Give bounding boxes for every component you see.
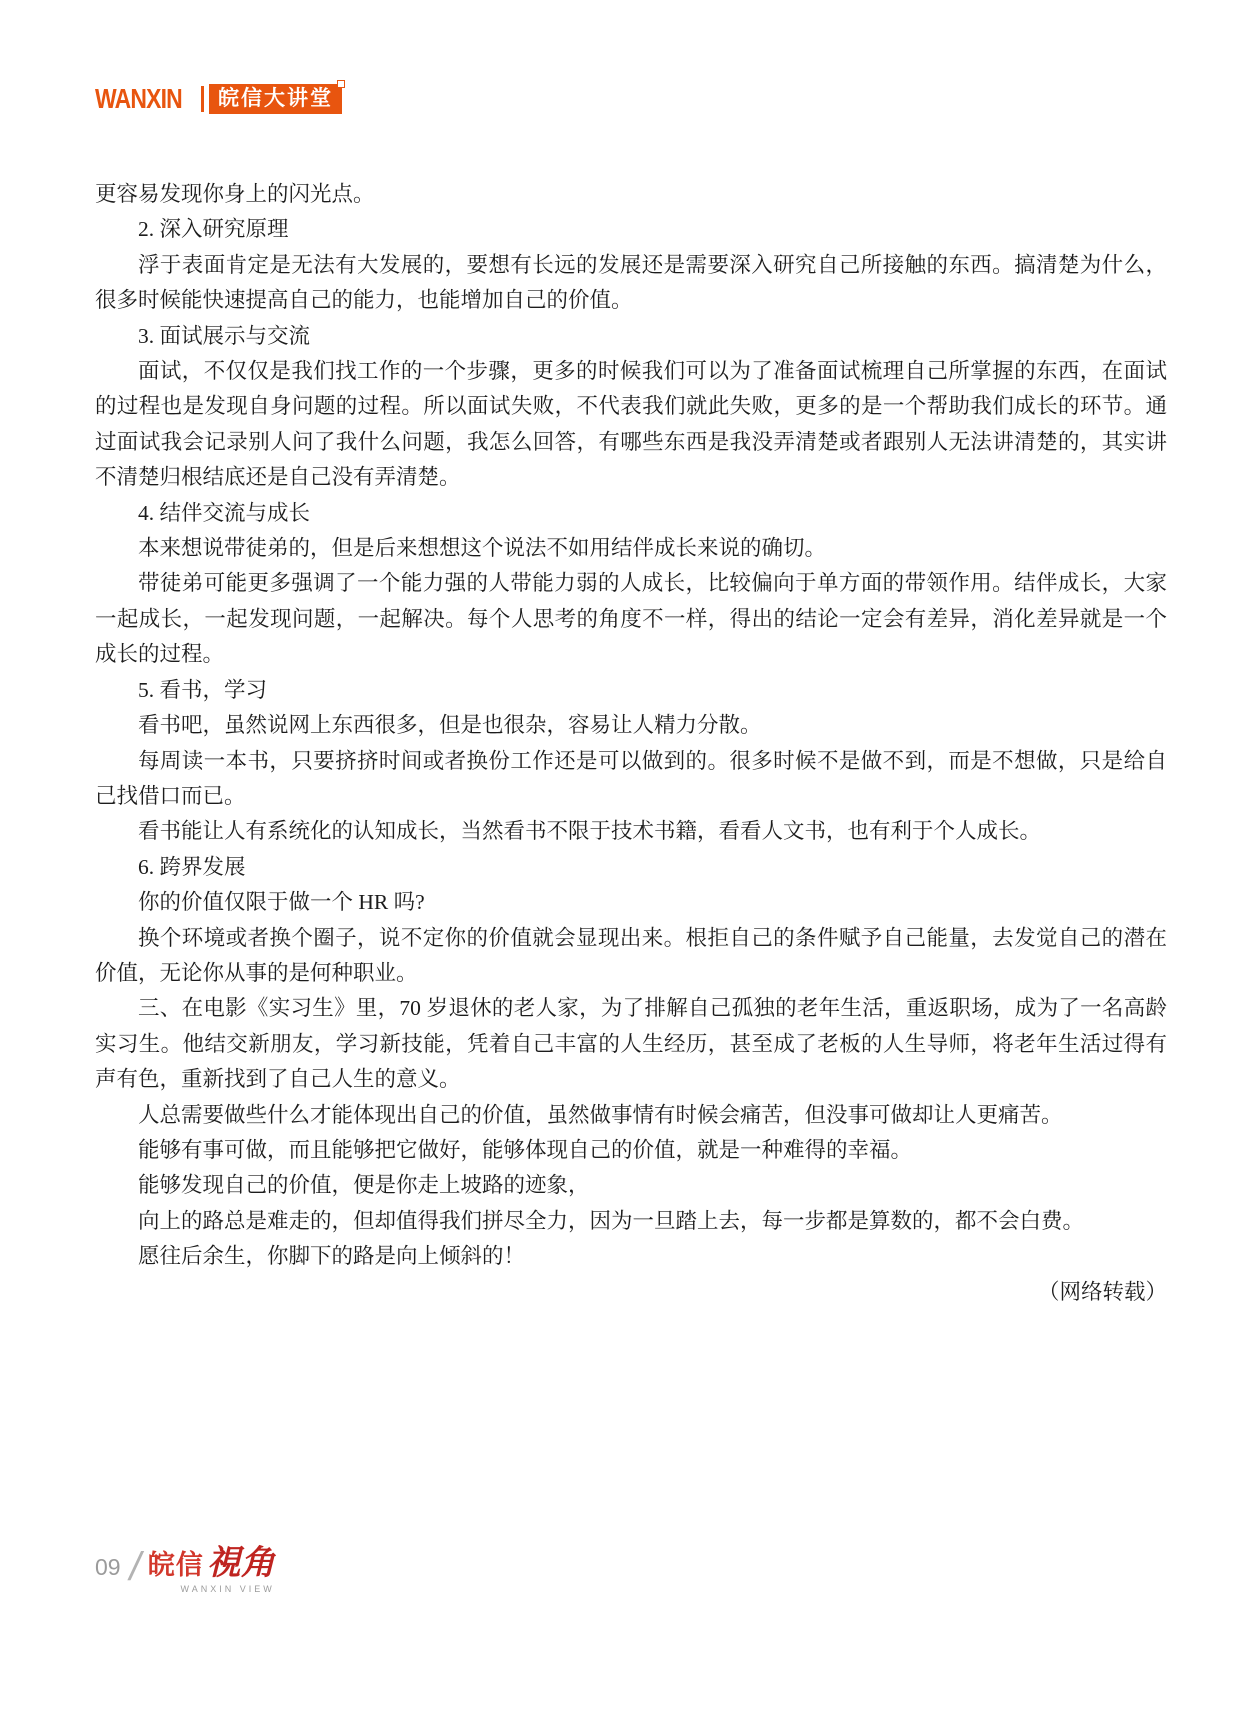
logo-divider bbox=[201, 86, 204, 112]
paragraph: 带徒弟可能更多强调了一个能力强的人带能力弱的人成长，比较偏向于单方面的带领作用。… bbox=[95, 566, 1167, 672]
paragraph: 你的价值仅限于做一个 HR 吗? bbox=[95, 885, 1167, 920]
banner-badge: 皖信大讲堂 bbox=[209, 84, 342, 114]
footer-logo-cn-part2: 視角 bbox=[207, 1546, 275, 1582]
brand-wordmark: WANXIN bbox=[95, 84, 182, 114]
paragraph: 看书能让人有系统化的认知成长，当然看书不限于技术书籍，看看人文书，也有利于个人成… bbox=[95, 814, 1167, 849]
credit-line: （网络转载） bbox=[95, 1275, 1167, 1310]
paragraph: 人总需要做些什么才能体现出自己的价值，虽然做事情有时候会痛苦，但没事可做却让人更… bbox=[95, 1098, 1167, 1133]
paragraph: 能够有事可做，而且能够把它做好，能够体现自己的价值，就是一种难得的幸福。 bbox=[95, 1133, 1167, 1168]
wanxin-header-logo: WANXIN 皖信大讲堂 bbox=[95, 84, 342, 114]
paragraph: 换个环境或者换个圈子，说不定你的价值就会显现出来。根拒自己的条件赋予自己能量，去… bbox=[95, 921, 1167, 992]
banner-badge-label: 皖信大讲堂 bbox=[218, 87, 333, 110]
paragraph: 看书吧，虽然说网上东西很多，但是也很杂，容易让人精力分散。 bbox=[95, 708, 1167, 743]
section-heading: 5. 看书，学习 bbox=[95, 673, 1167, 708]
section-heading: 2. 深入研究原理 bbox=[95, 212, 1167, 247]
paragraph: 浮于表面肯定是无法有大发展的，要想有长远的发展还是需要深入研究自己所接触的东西。… bbox=[95, 248, 1167, 319]
section-heading: 4. 结伴交流与成长 bbox=[95, 496, 1167, 531]
paragraph: 三、在电影《实习生》里，70 岁退休的老人家，为了排解自己孤独的老年生活，重返职… bbox=[95, 991, 1167, 1097]
page-footer: 09 / 皖信 視角 WANXIN VIEW bbox=[95, 1546, 275, 1594]
article-body: 更容易发现你身上的闪光点。 2. 深入研究原理 浮于表面肯定是无法有大发展的，要… bbox=[95, 177, 1167, 1310]
paragraph: 愿往后余生，你脚下的路是向上倾斜的！ bbox=[95, 1239, 1167, 1274]
paragraph: 面试，不仅仅是我们找工作的一个步骤，更多的时候我们可以为了准备面试梳理自己所掌握… bbox=[95, 354, 1167, 496]
paragraph: 向上的路总是难走的，但却值得我们拼尽全力，因为一旦踏上去，每一步都是算数的，都不… bbox=[95, 1204, 1167, 1239]
trademark-icon bbox=[337, 80, 345, 88]
footer-logo-caption: WANXIN VIEW bbox=[181, 1584, 275, 1594]
paragraph: 能够发现自己的价值，便是你走上坡路的迹象， bbox=[95, 1168, 1167, 1203]
document-page: WANXIN 皖信大讲堂 更容易发现你身上的闪光点。 2. 深入研究原理 浮于表… bbox=[0, 0, 1258, 1719]
footer-logo: 皖信 視角 WANXIN VIEW bbox=[148, 1546, 275, 1594]
footer-logo-cn-part1: 皖信 bbox=[148, 1547, 204, 1583]
section-heading: 6. 跨界发展 bbox=[95, 850, 1167, 885]
paragraph: 更容易发现你身上的闪光点。 bbox=[95, 177, 1167, 212]
page-number: 09 bbox=[95, 1546, 121, 1588]
footer-logo-cn: 皖信 視角 bbox=[148, 1546, 275, 1583]
footer-divider: / bbox=[130, 1546, 141, 1588]
paragraph: 本来想说带徒弟的，但是后来想想这个说法不如用结伴成长来说的确切。 bbox=[95, 531, 1167, 566]
section-heading: 3. 面试展示与交流 bbox=[95, 319, 1167, 354]
paragraph: 每周读一本书，只要挤挤时间或者换份工作还是可以做到的。很多时候不是做不到，而是不… bbox=[95, 744, 1167, 815]
